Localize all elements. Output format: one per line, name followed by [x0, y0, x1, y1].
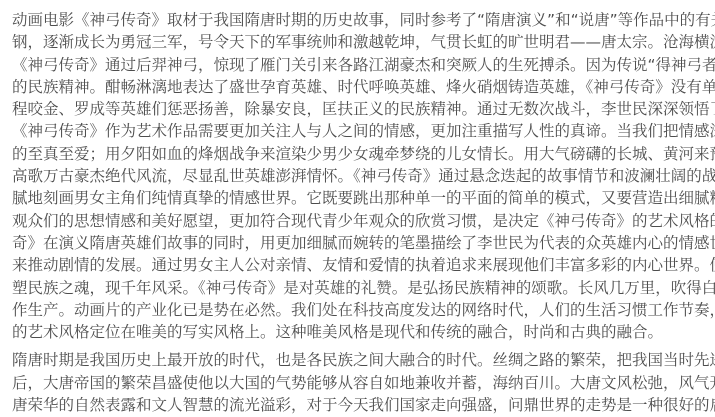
text-line: 后，大唐帝国的繁荣昌盛使他以大国的气势能够从容自如地兼收并蓄，海纳百川。大唐文风… — [12, 372, 715, 394]
text-line: 《神弓传奇》通过后羿神弓，惊现了雁门关引来各路江湖豪杰和突厥人的生死搏杀。因为传… — [12, 54, 715, 76]
text-line: 腻地刻画男女主角们纯情真挚的情感世界。它既要跳出那种单一的平面的简单的模式，又要… — [12, 187, 715, 209]
text-line: 塑民族之魂，现千年风采。《神弓传奇》是对英雄的礼赞。是弘扬民族精神的颂歌。长风几… — [12, 277, 715, 299]
text-line: 的艺术风格定位在唯美的写实风格上。这种唯美风格是现代和传统的融合，时尚和古典的融… — [12, 321, 715, 343]
text-line: 的民族精神。酣畅淋漓地表达了盛世孕育英雄、时代呼唤英雄、烽火硝烟铸造英雄，《神弓… — [12, 76, 715, 98]
text-line: 奇》在演义隋唐英雄们故事的同时，用更加细腻而婉转的笔墨描绘了李世民为代表的众英雄… — [12, 232, 715, 254]
text-line: 观众们的思想情感和美好愿望，更加符合现代青少年观众的欣赏习惯，是决定《神弓传奇》… — [12, 210, 715, 232]
text-line: 高歌万古豪杰绝代风流，尽显乱世英雄澎湃情怀。《神弓传奇》通过悬念迭起的故事情节和… — [12, 165, 715, 187]
text-line: 钢，逐渐成长为勇冠三军，号令天下的军事统帅和激越乾坤，气贯长虹的旷世明君——唐太… — [12, 31, 715, 53]
text-line: 动画电影《神弓传奇》取材于我国隋唐时期的历史故事，同时参考了“隋唐演义”和“说唐… — [12, 9, 715, 31]
text-line: 的至真至爱；用夕阳如血的烽烟战争来渲染少男少女魂牵梦绕的儿女情长。用大气磅礴的长… — [12, 143, 715, 165]
text-line: 程咬金、罗成等英雄们惩恶扬善，除暴安良，匡扶正义的民族精神。通过无数次战斗，李世… — [12, 98, 715, 120]
text-line: 来推动剧情的发展。通过男女主人公对亲情、友情和爱情的执着追求来展现他们丰富多彩的… — [12, 254, 715, 276]
text-line: 《神弓传奇》作为艺术作品需要更加关注人与人之间的情感，更加注重描写人性的真谛。当… — [12, 120, 715, 142]
text-line: 隋唐时期是我国历史上最开放的时代，也是各民族之间大融合的时代。丝绸之路的繁荣，把… — [12, 349, 715, 371]
paragraph-synopsis: 动画电影《神弓传奇》取材于我国隋唐时期的历史故事，同时参考了“隋唐演义”和“说唐… — [12, 9, 715, 343]
document-page: 动画电影《神弓传奇》取材于我国隋唐时期的历史故事，同时参考了“隋唐演义”和“说唐… — [0, 0, 715, 417]
text-line: 作生产。动画片的产业化已是势在必然。我们处在科技高度发达的网络时代，人们的生活习… — [12, 299, 715, 321]
paragraph-historical-context: 隋唐时期是我国历史上最开放的时代，也是各民族之间大融合的时代。丝绸之路的繁荣，把… — [12, 349, 715, 416]
text-line: 唐荣华的自然表露和文人智慧的流光溢彩，对于今天我们国家走向强盛，问鼎世界的走势是… — [12, 394, 715, 416]
